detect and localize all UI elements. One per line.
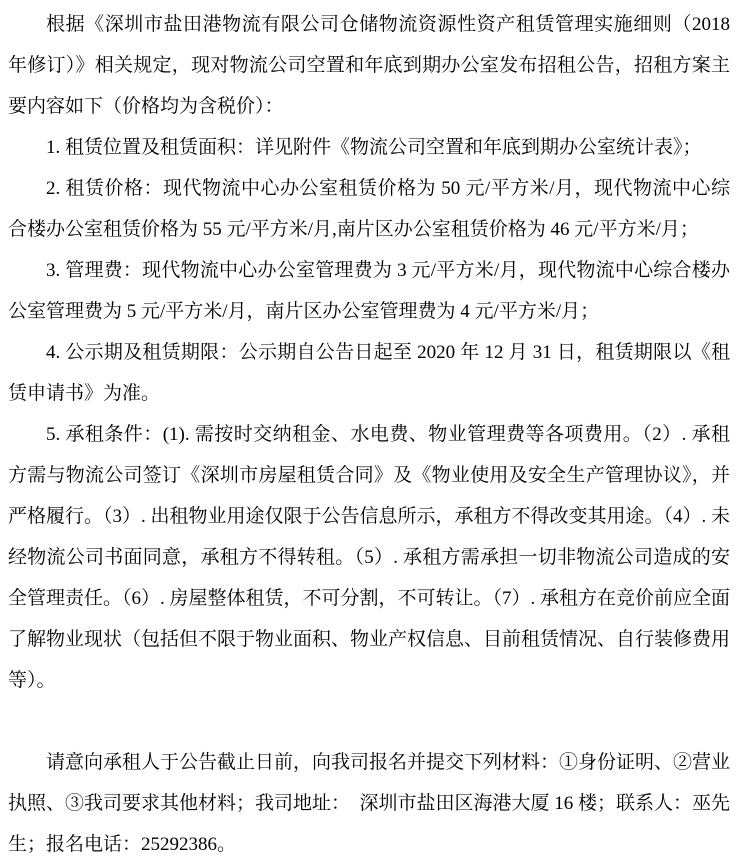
paragraph-intro: 根据《深圳市盐田港物流有限公司仓储物流资源性资产租赁管理实施细则（2018 年修… <box>8 4 730 127</box>
document-page: 根据《深圳市盐田港物流有限公司仓储物流资源性资产租赁管理实施细则（2018 年修… <box>0 0 738 862</box>
paragraph-item-5-lease-conditions: 5. 承租条件：(1). 需按时交纳租金、水电费、物业管理费等各项费用。（2）.… <box>8 414 730 701</box>
paragraph-item-2-rent-price: 2. 租赁价格：现代物流中心办公室租赁价格为 50 元/平方米/月，现代物流中心… <box>8 168 730 250</box>
blank-line <box>8 701 730 742</box>
paragraph-application-contact: 请意向承租人于公告截止日前，向我司报名并提交下列材料：①身份证明、②营业执照、③… <box>8 742 730 862</box>
paragraph-item-4-notice-period: 4. 公示期及租赁期限：公示期自公告日起至 2020 年 12 月 31 日，租… <box>8 332 730 414</box>
paragraph-item-1-location-area: 1. 租赁位置及租赁面积：详见附件《物流公司空置和年底到期办公室统计表》； <box>8 127 730 168</box>
paragraph-item-3-management-fee: 3. 管理费：现代物流中心办公室管理费为 3 元/平方米/月，现代物流中心综合楼… <box>8 250 730 332</box>
